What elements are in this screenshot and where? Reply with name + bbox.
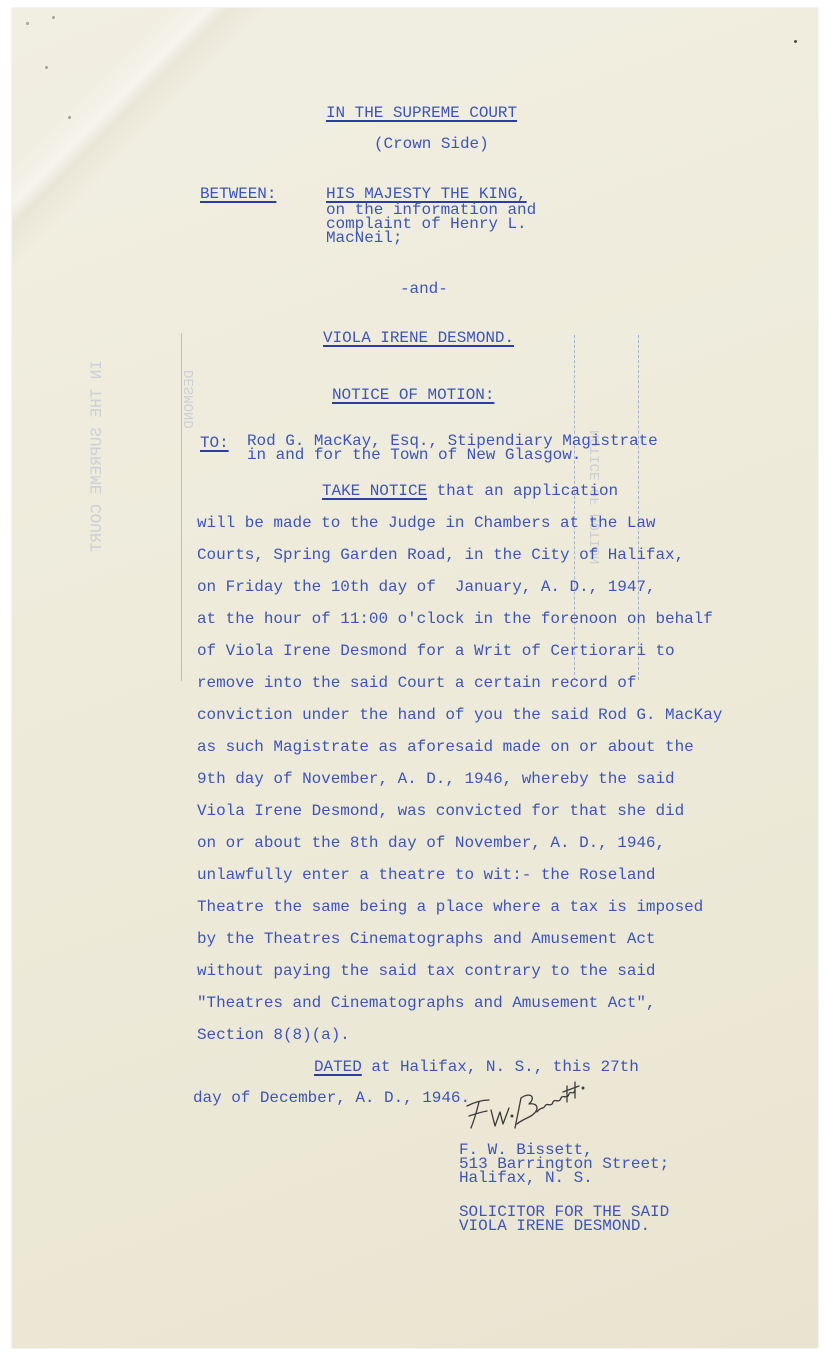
- body-line: on or about the 8th day of November, A. …: [197, 834, 665, 852]
- body-line: will be made to the Judge in Chambers at…: [197, 514, 655, 532]
- and-separator: -and-: [400, 280, 448, 298]
- paper-speck: [26, 22, 29, 25]
- paper-speck: [45, 66, 48, 69]
- body-line: by the Theatres Cinematographs and Amuse…: [197, 930, 655, 948]
- body-line: Section 8(8)(a).: [197, 1026, 350, 1044]
- paper-speck: [794, 40, 797, 43]
- body-line: Courts, Spring Garden Road, in the City …: [197, 546, 684, 564]
- bleed-through-defendant: DESMOND: [182, 370, 198, 429]
- take-notice-rest: that an application: [427, 482, 618, 500]
- court-side: (Crown Side): [374, 135, 489, 153]
- dated-lead: DATED: [314, 1058, 362, 1076]
- body-line: as such Magistrate as aforesaid made on …: [197, 738, 694, 756]
- dated-line: DATED at Halifax, N. S., this 27th: [314, 1058, 639, 1076]
- take-notice-lead: TAKE NOTICE: [322, 482, 427, 500]
- bleed-through-rule-left: [181, 333, 182, 681]
- body-line: conviction under the hand of you the sai…: [197, 706, 722, 724]
- body-line: Viola Irene Desmond, was convicted for t…: [197, 802, 684, 820]
- dated-line-2: day of December, A. D., 1946.: [193, 1089, 470, 1107]
- body-line: 9th day of November, A. D., 1946, whereb…: [197, 770, 675, 788]
- body-line: "Theatres and Cinematographs and Amuseme…: [197, 994, 655, 1012]
- court-title: IN THE SUPREME COURT: [326, 104, 517, 122]
- to-line-2: in and for the Town of New Glasgow.: [247, 448, 581, 462]
- bleed-through-dashed-rule-2: [638, 335, 639, 680]
- handwritten-signature: [463, 1078, 623, 1138]
- take-notice-line: TAKE NOTICE that an application: [322, 482, 618, 500]
- signatory-role-2: VIOLA IRENE DESMOND.: [459, 1219, 650, 1233]
- body-line: without paying the said tax contrary to …: [197, 962, 655, 980]
- plaintiff-line-3: MacNeil;: [326, 231, 402, 245]
- paper-speck: [52, 16, 55, 19]
- paper-speck: [68, 116, 71, 119]
- body-line: on Friday the 10th day of January, A. D.…: [197, 578, 655, 596]
- body-line: at the hour of 11:00 o'clock in the fore…: [197, 610, 713, 628]
- body-line: Theatre the same being a place where a t…: [197, 898, 703, 916]
- defendant-name: VIOLA IRENE DESMOND.: [323, 329, 514, 347]
- bleed-through-dashed-rule-1: [574, 335, 575, 680]
- to-label: TO:: [200, 434, 229, 452]
- bleed-through-court-title: IN THE SUPREME COURT: [88, 360, 106, 552]
- body-line: unlawfully enter a theatre to wit:- the …: [197, 866, 655, 884]
- notice-title: NOTICE OF MOTION:: [332, 386, 494, 404]
- between-label: BETWEEN:: [200, 185, 276, 203]
- dated-rest: at Halifax, N. S., this 27th: [362, 1058, 639, 1076]
- signatory-city: Halifax, N. S.: [459, 1171, 593, 1185]
- body-line: of Viola Irene Desmond for a Writ of Cer…: [197, 642, 675, 660]
- body-line: remove into the said Court a certain rec…: [197, 674, 636, 692]
